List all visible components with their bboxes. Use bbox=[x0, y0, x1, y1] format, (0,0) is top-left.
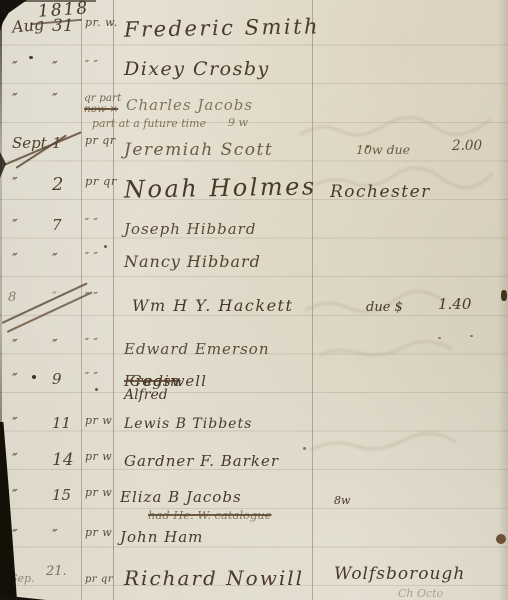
rate-cell: pr. w. bbox=[85, 16, 118, 29]
date-day: ″ bbox=[52, 336, 58, 354]
name-cell: Frederic Smith bbox=[124, 14, 320, 41]
date-month: ″ bbox=[12, 336, 18, 354]
ledger-row: 8 ″ ″ ″ Wm H Y. Hackett due $ 1.40 bbox=[0, 290, 508, 330]
date-day: 2 bbox=[52, 174, 63, 195]
ledger-row: ″ ″ qr part now × Charles Jacobs part at… bbox=[0, 90, 508, 130]
name-cell: Charles Jacobs bbox=[126, 96, 253, 114]
date-month: ″ bbox=[12, 526, 18, 544]
sub-note-duration: 9 w bbox=[228, 116, 248, 129]
date-month: ″ bbox=[12, 370, 18, 388]
date-day: 15 bbox=[52, 486, 71, 504]
ledger-row: ″ 15 pr w Eliza B Jacobs 8w had He. W. c… bbox=[0, 486, 508, 526]
name-cell: Gardner F. Barker bbox=[124, 452, 279, 470]
date-day: ″ bbox=[52, 526, 58, 544]
note-cell: 8w bbox=[334, 494, 350, 507]
date-month: 8 bbox=[8, 290, 16, 305]
date-day: 7 bbox=[52, 216, 62, 234]
ledger-row: Aug 31 pr. w. Frederic Smith bbox=[0, 16, 508, 56]
ledger-row: ″ ″ ″ ″ Nancy Hibbard bbox=[0, 250, 508, 290]
date-month: Sep. bbox=[10, 572, 35, 585]
date-day: 14 bbox=[52, 450, 74, 470]
rate-cell: pr w bbox=[85, 526, 112, 539]
rate-note-line2: now × bbox=[84, 103, 118, 115]
amount-cell: 2.00 bbox=[452, 138, 482, 154]
note-cell: due $ bbox=[366, 300, 403, 315]
amount-cell: 1.40 bbox=[438, 295, 471, 313]
rate-cell: ″ ″ bbox=[85, 370, 98, 383]
rate-cell: ″ ″ bbox=[85, 290, 98, 303]
name-cell: Edward Emerson bbox=[124, 340, 269, 358]
ledger-row: ″ ″ pr w John Ham bbox=[0, 526, 508, 566]
ledger-row: ″ 9 ″ ″ Fredin Cogswell Alfred bbox=[0, 370, 508, 410]
note-cell: 10w due bbox=[356, 142, 410, 157]
name-cell: Eliza B Jacobs bbox=[120, 488, 242, 506]
ledger-row: Sept 1 pr qr Jeremiah Scott 10w due 2.00 bbox=[0, 134, 508, 174]
date-day: ″ bbox=[52, 58, 58, 76]
name-cell: Wm H Y. Hackett bbox=[132, 296, 293, 315]
struck-memo: had He. W. catalogue bbox=[148, 508, 272, 522]
name-cell: Jeremiah Scott bbox=[124, 140, 273, 160]
sub-note: part at a future time bbox=[92, 117, 206, 130]
rate-cell: ″ ″ bbox=[85, 336, 98, 349]
date-day: 31 bbox=[52, 16, 74, 36]
date-month: ″ bbox=[12, 58, 18, 76]
rate-cell: pr qr bbox=[85, 574, 113, 585]
rate-cell: pr w bbox=[85, 414, 112, 427]
rate-cell: pr w bbox=[85, 450, 112, 463]
ledger-row: ″ 14 pr w Gardner F. Barker bbox=[0, 450, 508, 490]
date-day: ″ bbox=[52, 250, 58, 268]
name-cell: Noah Holmes bbox=[124, 172, 317, 203]
rate-cell: ″ ″ bbox=[85, 216, 98, 229]
strike-mark bbox=[7, 291, 93, 332]
rate-cell: ″ ″ bbox=[85, 58, 98, 71]
ledger-row: Sep. 21. pr qr Richard Nowill Wolfsborou… bbox=[0, 562, 508, 600]
note-cell: Wolfsborough bbox=[334, 564, 465, 584]
date-day: 21. bbox=[46, 564, 67, 579]
date-month: ″ bbox=[12, 414, 18, 432]
name-cell: John Ham bbox=[120, 528, 203, 546]
date-day: ″ bbox=[52, 90, 58, 108]
date-day: 11 bbox=[52, 414, 71, 432]
ledger-row: ″ 2 pr qr Noah Holmes Rochester bbox=[0, 174, 508, 214]
name-cell: Dixey Crosby bbox=[124, 58, 270, 80]
name-cell: Lewis B Tibbets bbox=[124, 416, 252, 432]
name-cell: Joseph Hibbard bbox=[124, 220, 256, 238]
name-cell: Richard Nowill bbox=[124, 566, 304, 590]
date-day: 9 bbox=[52, 370, 62, 388]
ledger-page: 1818 Aug 31 pr. w. Frederic Smith ″ ″ ″ … bbox=[0, 0, 508, 600]
date-month: ″ bbox=[12, 216, 18, 234]
date-month: ″ bbox=[12, 174, 18, 192]
name-cell: Nancy Hibbard bbox=[124, 252, 261, 271]
date-month: ″ bbox=[12, 486, 18, 504]
rate-cell: ″ ″ bbox=[85, 250, 98, 263]
date-month: Aug bbox=[11, 14, 45, 36]
corrected-first-name: Alfred bbox=[124, 387, 168, 403]
rate-cell: pr qr bbox=[85, 134, 116, 147]
date-month: ″ bbox=[12, 90, 18, 108]
ledger-row: ″ 11 pr w Lewis B Tibbets bbox=[0, 414, 508, 454]
rate-cell: pr qr bbox=[85, 174, 117, 188]
date-month: ″ bbox=[12, 250, 18, 268]
date-month: ″ bbox=[12, 450, 18, 468]
note-subline: Ch Octo bbox=[398, 587, 443, 600]
note-cell: Rochester bbox=[330, 182, 431, 202]
rate-cell: pr w bbox=[85, 486, 112, 499]
